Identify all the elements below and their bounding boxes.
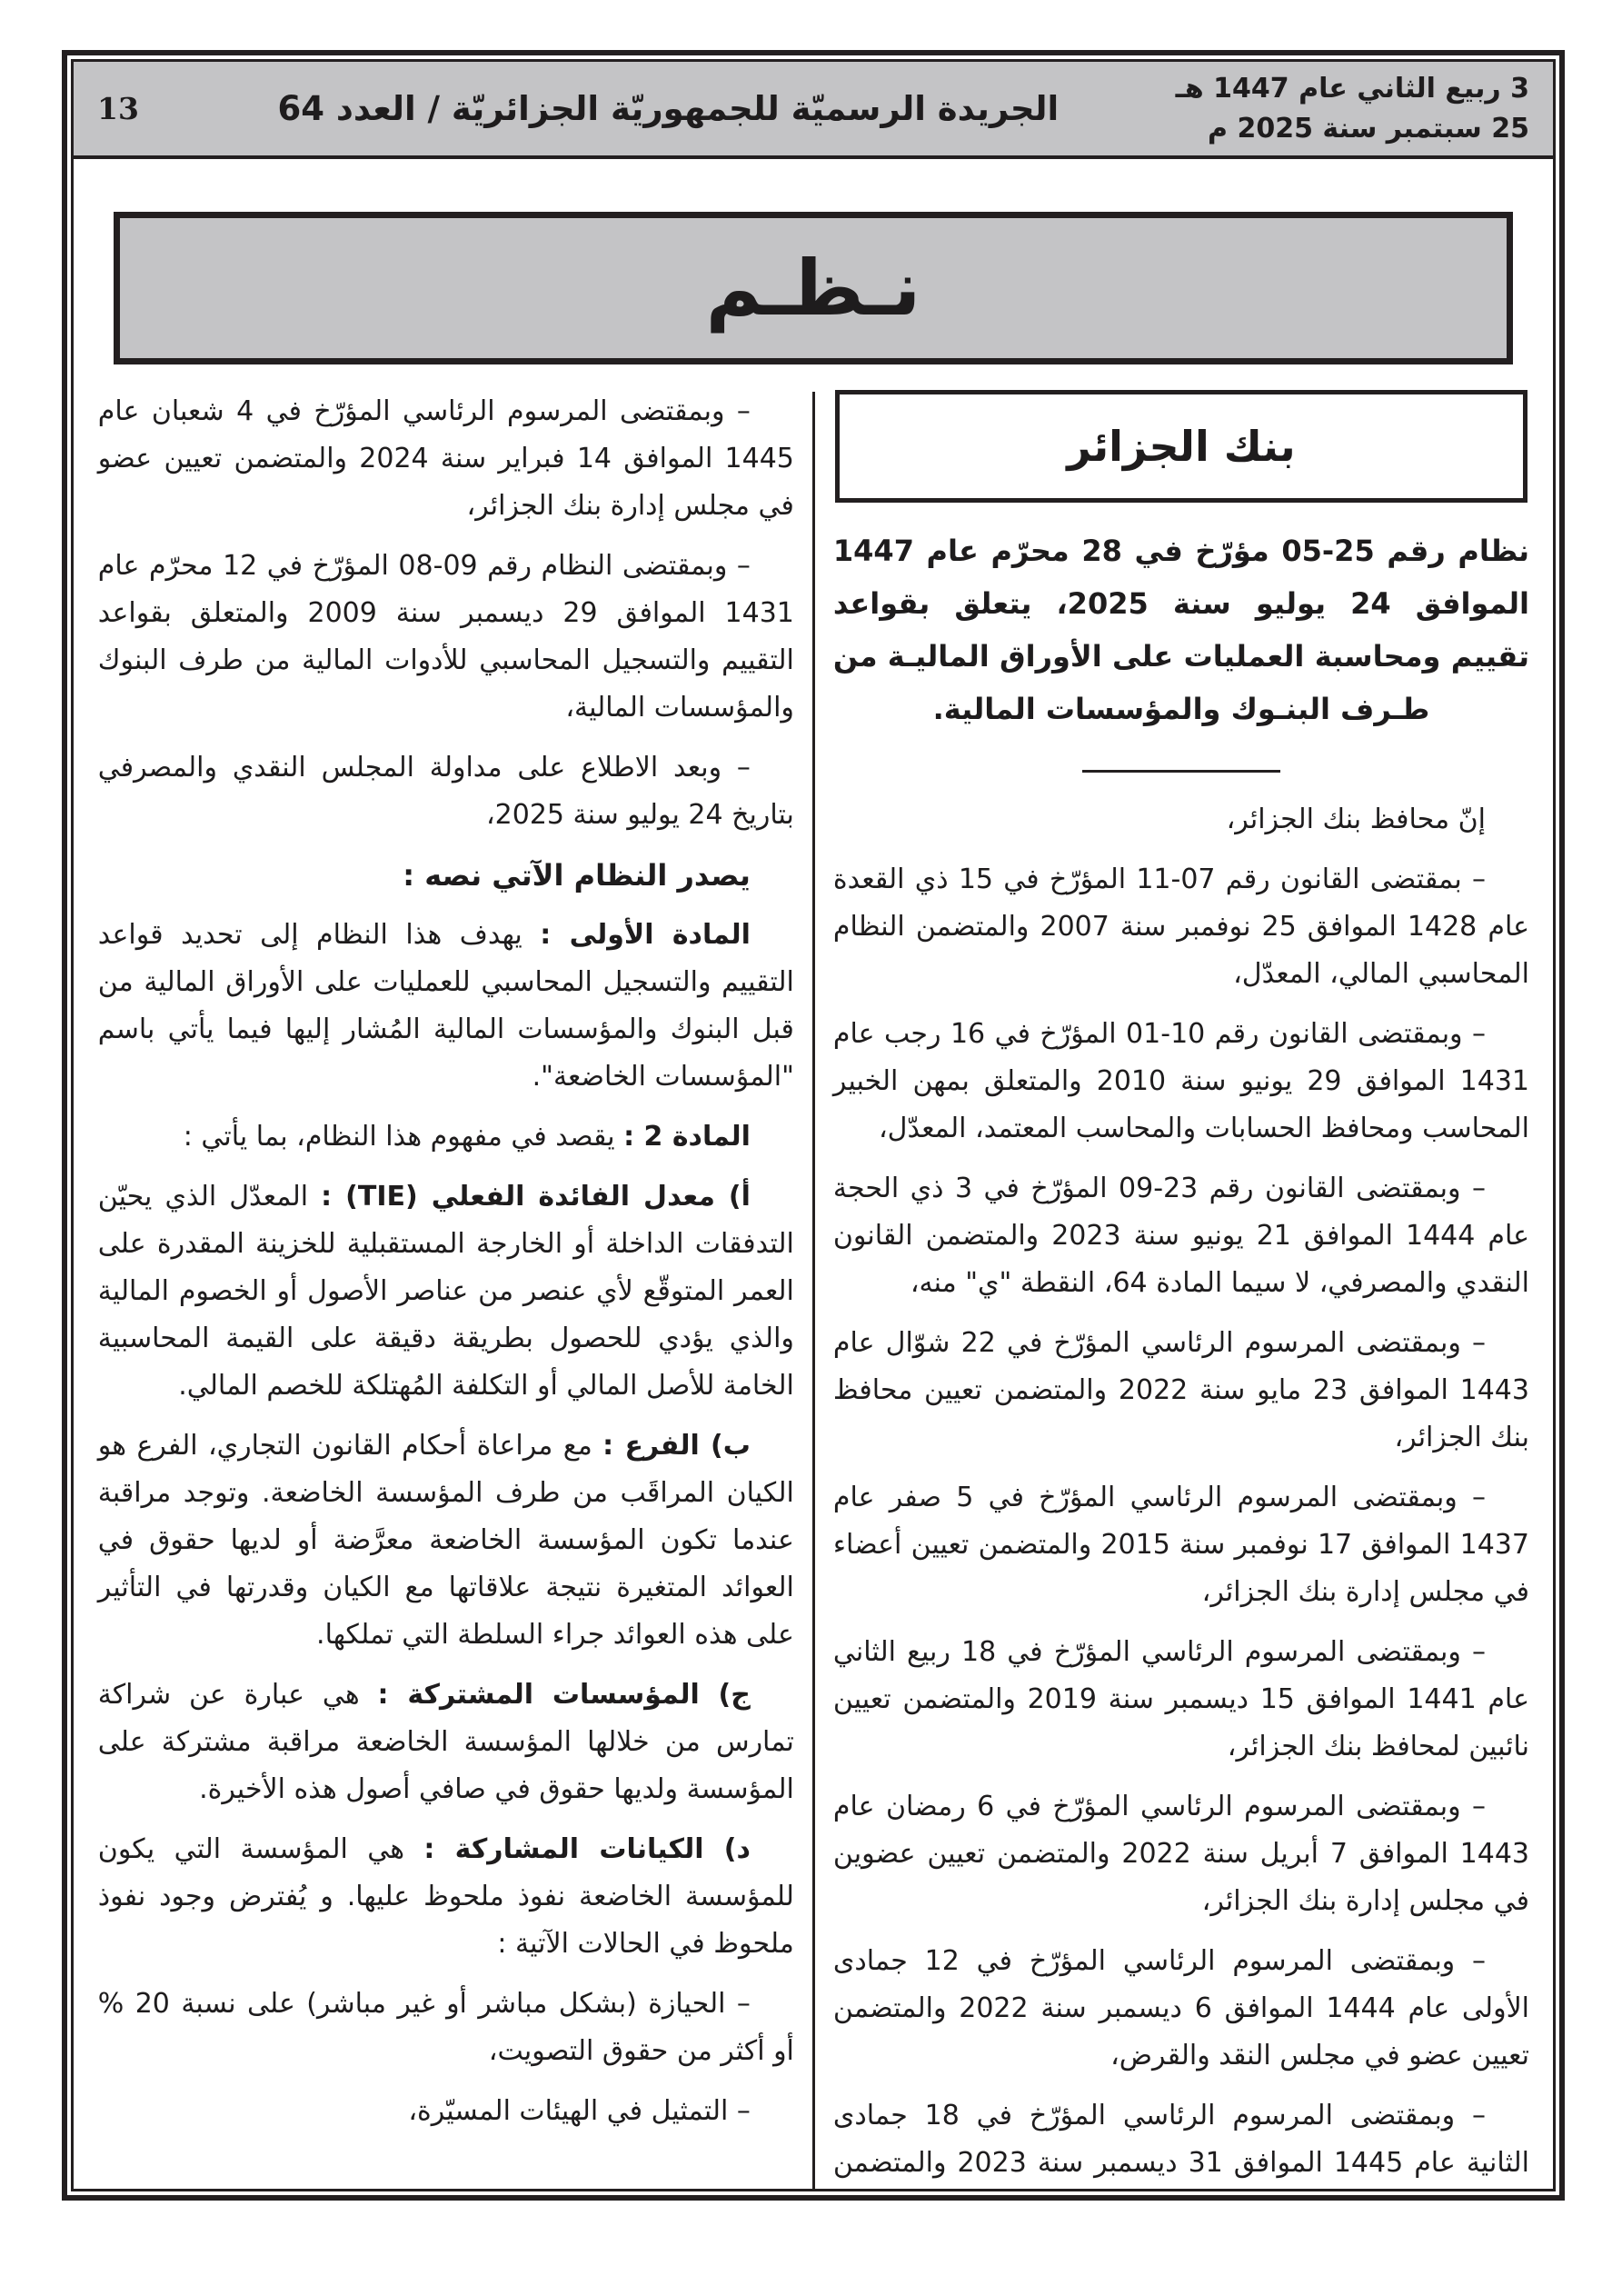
paragraph: – وبعد الاطلاع على مداولة المجلس النقدي … bbox=[98, 744, 794, 839]
article-2: المادة 2 : يقصد في مفهوم هذا النظام، بما… bbox=[98, 1113, 794, 1161]
article-1: المادة الأولى : يهدف هذا النظام إلى تحدي… bbox=[98, 912, 794, 1101]
page-number: 13 bbox=[97, 91, 161, 126]
section-banner: نـظـم bbox=[114, 212, 1513, 364]
issuing-clause: يصدر النظام الآتي نصه : bbox=[98, 852, 794, 899]
paragraph: – التمثيل في الهيئات المسيّرة، bbox=[98, 2088, 794, 2135]
paragraph: – وبمقتضى المرسوم الرئاسي المؤرّخ في 6 ر… bbox=[833, 1783, 1529, 1925]
column-divider bbox=[812, 392, 815, 2189]
section-banner-text: نـظـم bbox=[706, 244, 921, 333]
definition-c: ج) المؤسسات المشتركة : هي عبارة عن شراكة… bbox=[98, 1672, 794, 1813]
content-columns: بنك الجزائر نظام رقم 25-05 مؤرّخ في 28 م… bbox=[92, 388, 1535, 2189]
column-left: – وبمقتضى المرسوم الرئاسي المؤرّخ في 4 ش… bbox=[93, 388, 800, 2189]
bank-of-algeria-box: بنك الجزائر bbox=[835, 390, 1527, 503]
paragraph: – وبمقتضى المرسوم الرئاسي المؤرّخ في 4 ش… bbox=[98, 388, 794, 530]
page-frame: 3 ربيع الثاني عام 1447 هـ 25 سبتمبر سنة … bbox=[62, 50, 1565, 2201]
date-gregorian: 25 سبتمبر سنة 2025 م bbox=[1176, 109, 1529, 149]
paragraph: إنّ محافظ بنك الجزائر، bbox=[833, 796, 1529, 844]
paragraph: – وبمقتضى النظام رقم 09-08 المؤرّخ في 12… bbox=[98, 543, 794, 732]
definition-b: ب) الفرع : مع مراعاة أحكام القانون التجا… bbox=[98, 1423, 794, 1659]
regulation-title: نظام رقم 25-05 مؤرّخ في 28 محرّم عام 144… bbox=[833, 524, 1529, 735]
bank-box-title: بنك الجزائر bbox=[1067, 422, 1295, 471]
paragraph: – وبمقتضى المرسوم الرئاسي المؤرّخ في 18 … bbox=[833, 2092, 1529, 2189]
paragraph: – وبمقتضى المرسوم الرئاسي المؤرّخ في 22 … bbox=[833, 1320, 1529, 1462]
date-hijri: 3 ربيع الثاني عام 1447 هـ bbox=[1176, 69, 1529, 109]
page-header: 3 ربيع الثاني عام 1447 هـ 25 سبتمبر سنة … bbox=[74, 62, 1553, 159]
gazette-page: 3 ربيع الثاني عام 1447 هـ 25 سبتمبر سنة … bbox=[0, 0, 1622, 2296]
paragraph: – وبمقتضى المرسوم الرئاسي المؤرّخ في 12 … bbox=[833, 1938, 1529, 2080]
journal-title: الجريدة الرسميّة للجمهوريّة الجزائريّة /… bbox=[161, 89, 1176, 128]
page-frame-inner: 3 ربيع الثاني عام 1447 هـ 25 سبتمبر سنة … bbox=[71, 59, 1556, 2191]
paragraph: – وبمقتضى القانون رقم 23-09 المؤرّخ في 3… bbox=[833, 1165, 1529, 1307]
header-dates: 3 ربيع الثاني عام 1447 هـ 25 سبتمبر سنة … bbox=[1176, 69, 1529, 148]
paragraph: – وبمقتضى المرسوم الرئاسي المؤرّخ في 18 … bbox=[833, 1629, 1529, 1771]
definition-d: د) الكيانات المشاركة : هي المؤسسة التي ي… bbox=[98, 1826, 794, 1968]
paragraph: – وبمقتضى المرسوم الرئاسي المؤرّخ في 5 ص… bbox=[833, 1474, 1529, 1616]
paragraph: – بمقتضى القانون رقم 07-11 المؤرّخ في 15… bbox=[833, 856, 1529, 998]
separator-rule bbox=[1082, 770, 1280, 773]
column-right: بنك الجزائر نظام رقم 25-05 مؤرّخ في 28 م… bbox=[828, 388, 1535, 2189]
definition-a: أ) معدل الفائدة الفعلي (TIE) : المعدّل ا… bbox=[98, 1173, 794, 1410]
paragraph: – وبمقتضى القانون رقم 10-01 المؤرّخ في 1… bbox=[833, 1011, 1529, 1153]
paragraph: – الحيازة (بشكل مباشر أو غير مباشر) على … bbox=[98, 1981, 794, 2075]
